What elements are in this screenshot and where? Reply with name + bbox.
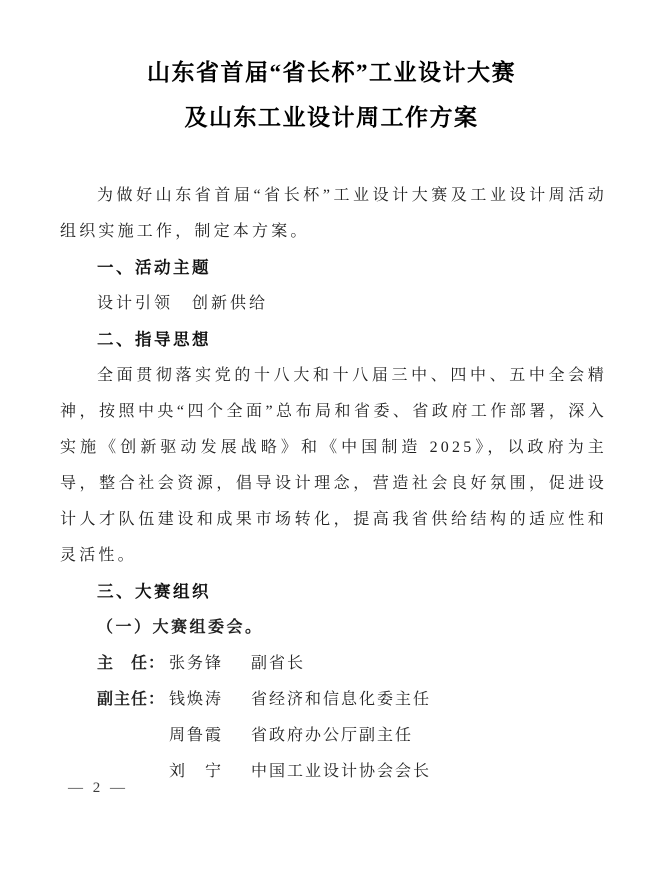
committee-row: 主 任： 张务锋 副省长 <box>97 646 607 682</box>
subsection-heading-3-1: （一）大赛组委会。 <box>60 610 607 646</box>
section-heading-3: 三、大赛组织 <box>60 574 607 610</box>
member-title: 省经济和信息化委主任 <box>251 682 607 718</box>
committee-row: 副主任： 钱焕涛 省经济和信息化委主任 <box>97 682 607 718</box>
doc-title-line-2: 及山东工业设计周工作方案 <box>0 95 663 140</box>
role-label <box>97 718 169 754</box>
committee-row: 周鲁霞 省政府办公厅副主任 <box>97 718 607 754</box>
member-title: 副省长 <box>251 646 607 682</box>
doc-title-line-1: 山东省首届“省长杯”工业设计大赛 <box>0 50 663 95</box>
member-name: 周鲁霞 <box>169 718 251 754</box>
doc-title: 山东省首届“省长杯”工业设计大赛 及山东工业设计周工作方案 <box>0 0 663 140</box>
section-heading-2: 二、指导思想 <box>60 322 607 358</box>
role-label: 主 任： <box>97 646 169 682</box>
member-name: 张务锋 <box>169 646 251 682</box>
section-heading-1: 一、活动主题 <box>60 250 607 286</box>
page-number: — 2 — <box>68 780 128 797</box>
theme-line: 设计引领 创新供给 <box>60 286 607 322</box>
member-title: 中国工业设计协会会长 <box>251 754 607 790</box>
guiding-thought-paragraph: 全面贯彻落实党的十八大和十八届三中、四中、五中全会精神，按照中央“四个全面”总布… <box>60 358 607 574</box>
intro-paragraph: 为做好山东省首届“省长杯”工业设计大赛及工业设计周活动组织实施工作，制定本方案。 <box>60 178 607 250</box>
member-title: 省政府办公厅副主任 <box>251 718 607 754</box>
committee-row: 刘 宁 中国工业设计协会会长 <box>97 754 607 790</box>
member-name: 刘 宁 <box>169 754 251 790</box>
committee-roster: 主 任： 张务锋 副省长 副主任： 钱焕涛 省经济和信息化委主任 周鲁霞 省政府… <box>60 646 607 790</box>
document-page: 山东省首届“省长杯”工业设计大赛 及山东工业设计周工作方案 为做好山东省首届“省… <box>0 0 663 893</box>
doc-body: 为做好山东省首届“省长杯”工业设计大赛及工业设计周活动组织实施工作，制定本方案。… <box>60 178 607 790</box>
member-name: 钱焕涛 <box>169 682 251 718</box>
role-label: 副主任： <box>97 682 169 718</box>
